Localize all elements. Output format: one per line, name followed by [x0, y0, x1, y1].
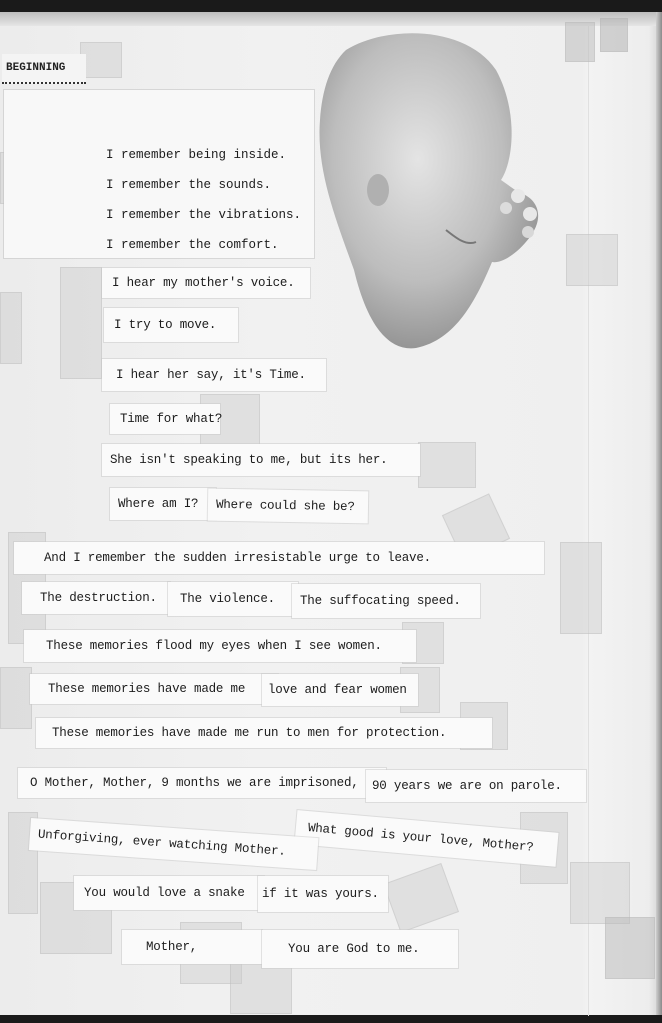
poem-line-strip: Where am I? [110, 488, 216, 520]
poem-line-strip: Where could she be? [208, 489, 369, 524]
poem-line-strip: I try to move. [104, 308, 238, 342]
poem-line: I remember the comfort. [106, 238, 279, 252]
poem-line-strip: The suffocating speed. [292, 584, 480, 618]
poem-line-strip: I hear her say, it's Time. [102, 359, 326, 391]
poem-line-strip: The destruction. [22, 582, 170, 614]
tape-piece [383, 863, 459, 933]
poem-line-strip: Unforgiving, ever watching Mother. [29, 818, 319, 870]
tape-piece [570, 862, 630, 924]
poem-line: I remember the sounds. [106, 178, 271, 192]
poem-line-strip: These memories have made me run to men f… [36, 718, 492, 748]
poem-line-strip: if it was yours. [258, 876, 388, 912]
poem-line-strip: The violence. [168, 582, 298, 616]
tape-piece [560, 542, 602, 634]
scan-right-edge [656, 12, 662, 1015]
poem-line-strip: You would love a snake [74, 876, 264, 910]
tape-piece [565, 22, 595, 62]
poem-line-strip: And I remember the sudden irresistable u… [14, 542, 544, 574]
tape-piece [60, 267, 102, 379]
tape-piece [566, 234, 618, 286]
embryo-photograph [306, 20, 546, 355]
poem-line-strip: Time for what? [110, 404, 220, 434]
tape-piece [0, 292, 22, 364]
poem-line-strip: She isn't speaking to me, but its her. [102, 444, 420, 476]
poem-title: BEGINNING [2, 54, 86, 84]
tape-piece [600, 18, 628, 52]
poem-line-strip: Mother, [122, 930, 262, 964]
poem-line-strip: O Mother, Mother, 9 months we are impris… [18, 768, 386, 798]
poem-line-strip: I hear my mother's voice. [102, 268, 310, 298]
poem-line: I remember being inside. [106, 148, 286, 162]
poem-line-strip: 90 years we are on parole. [366, 770, 586, 802]
stanza-1-block: I remember being inside. I remember the … [4, 90, 314, 258]
tape-piece [605, 917, 655, 979]
poem-line: I remember the vibrations. [106, 208, 301, 222]
poem-line-strip: What good is your love, Mother? [295, 810, 559, 867]
poem-line-strip: These memories flood my eyes when I see … [24, 630, 416, 662]
tape-piece [418, 442, 476, 488]
poem-line-strip: love and fear women [262, 674, 418, 706]
scanned-page: BEGINNING I remember being inside. I rem… [0, 12, 662, 1015]
tape-piece [230, 962, 292, 1014]
poem-line-strip: You are God to me. [262, 930, 458, 968]
poem-line-strip: These memories have made me [30, 674, 278, 704]
tape-piece [80, 42, 122, 78]
tape-piece [0, 667, 32, 729]
